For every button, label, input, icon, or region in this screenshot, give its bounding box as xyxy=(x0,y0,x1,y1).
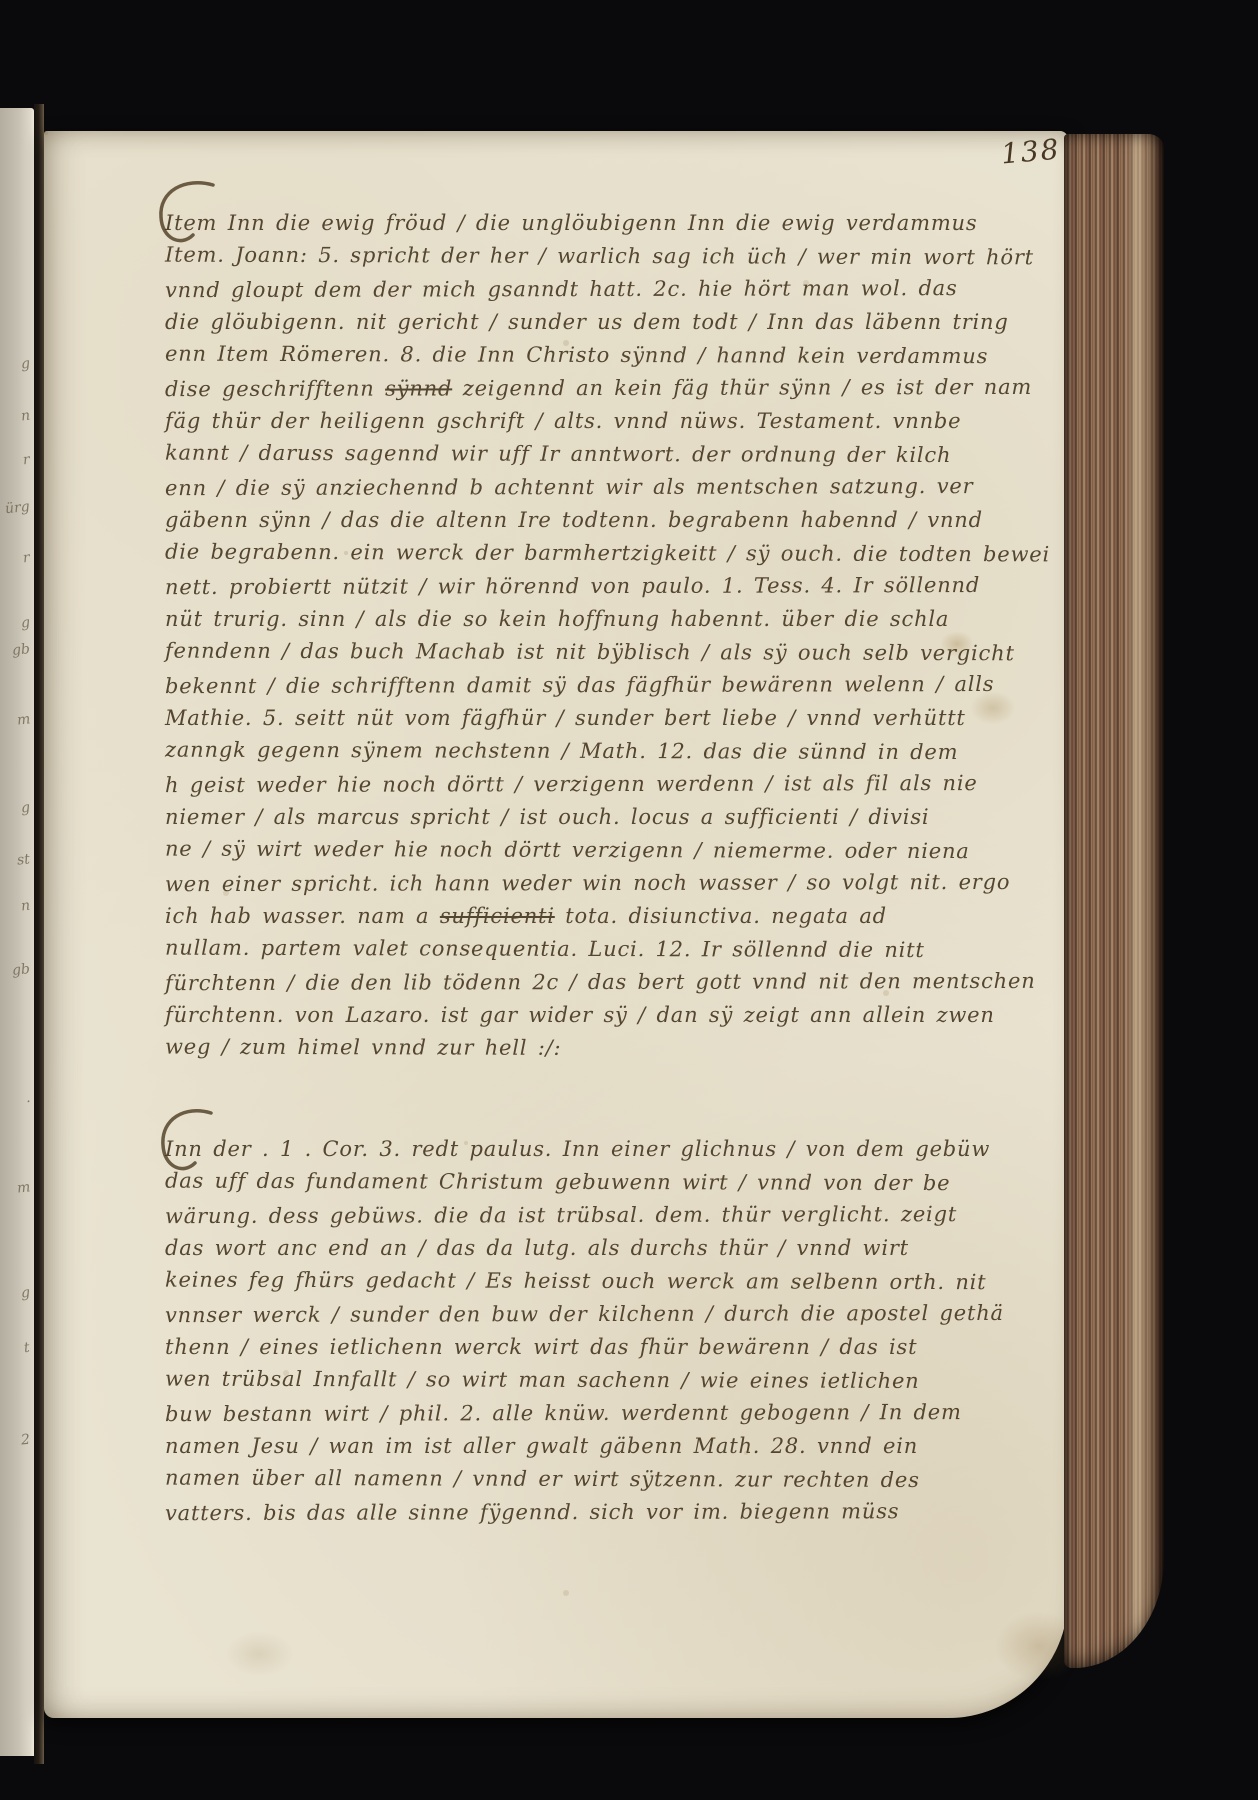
manuscript-line: enn Item Römeren. 8. die Inn Christo sÿn… xyxy=(165,338,1050,374)
facing-page-text-fragment: g xyxy=(20,800,31,817)
manuscript-line: bekennt / die schrifftenn damit sÿ das f… xyxy=(165,668,1050,703)
manuscript-line: fenndenn / das buch Machab ist nit bÿbli… xyxy=(165,635,1050,671)
facing-page-text-fragment: g xyxy=(20,615,31,632)
facing-page-text-fragment: gb xyxy=(11,961,31,979)
manuscript-line: ich hab wasser. nam a sufficienti tota. … xyxy=(165,900,1050,933)
manuscript-line: wen trübsal Innfallt / so wirt man sache… xyxy=(165,1363,1050,1399)
binding-gutter-shadow xyxy=(34,104,44,1764)
folio-number: 138 xyxy=(1000,132,1062,170)
manuscript-line: kannt / daruss sagennd wir uff Ir anntwo… xyxy=(165,437,1050,473)
fore-edge-page-stack xyxy=(1064,134,1164,1668)
manuscript-line: dise geschrifftenn sÿnnd zeigennd an kei… xyxy=(165,371,1050,406)
page-stain xyxy=(224,1631,294,1677)
manuscript-line: ne / sÿ wirt weder hie noch dörtt verzig… xyxy=(165,833,1050,869)
manuscript-line: zanngk gegenn sÿnem nechstenn / Math. 12… xyxy=(165,734,1050,770)
manuscript-line: vnnser werck / sunder den buw der kilche… xyxy=(165,1297,1050,1332)
manuscript-line: thenn / eines ietlichenn werck wirt das … xyxy=(165,1331,1050,1364)
facing-page-text-fragment: r xyxy=(22,452,30,469)
manuscript-line: namen über all namenn / vnnd er wirt sÿt… xyxy=(165,1462,1050,1498)
manuscript-line: vatters. bis das alle sinne fÿgennd. sic… xyxy=(165,1495,1050,1530)
facing-page-text-fragment: g xyxy=(20,1285,31,1302)
manuscript-line: nullam. partem valet consequentia. Luci.… xyxy=(165,932,1050,968)
manuscript-line: wen einer spricht. ich hann weder win no… xyxy=(165,866,1050,901)
manuscript-line: Inn der . 1 . Cor. 3. redt paulus. Inn e… xyxy=(165,1133,1050,1166)
manuscript-text-block: Item Inn die ewig fröud / die unglöubige… xyxy=(165,207,1050,1529)
facing-page-text-fragment: r xyxy=(22,550,30,567)
manuscript-line: das uff das fundament Christum gebuwenn … xyxy=(165,1165,1050,1201)
facing-page-text-fragment: n xyxy=(20,898,31,915)
manuscript-line: gäbenn sÿnn / das die altenn Ire todtenn… xyxy=(165,504,1050,537)
facing-page-text-fragment: . xyxy=(25,1090,31,1106)
manuscript-line: die begrabenn. ein werck der barmhertzig… xyxy=(165,536,1050,572)
facing-page-text-fragment: gb xyxy=(11,641,31,659)
manuscript-line: Item Inn die ewig fröud / die unglöubige… xyxy=(165,207,1050,240)
manuscript-line: die glöubigenn. nit gericht / sunder us … xyxy=(165,306,1050,339)
manuscript-line: enn / die sÿ anziechennd b achtennt wir … xyxy=(165,470,1050,505)
manuscript-line: das wort anc end an / das da lutg. als d… xyxy=(165,1232,1050,1265)
manuscript-line: fürchtenn / die den lib tödenn 2c / das … xyxy=(165,965,1050,1000)
manuscript-line: nüt trurig. sinn / als die so kein hoffn… xyxy=(165,603,1050,636)
manuscript-line: niemer / als marcus spricht / ist ouch. … xyxy=(165,801,1050,834)
photo-background: { "page": { "folio_number": "138", "ink_… xyxy=(0,0,1258,1800)
manuscript-line: nett. probiertt nützit / wir hörennd von… xyxy=(165,569,1050,604)
facing-page-text-fragment: ürg xyxy=(5,499,31,517)
facing-page-text-fragment: m xyxy=(16,1179,31,1196)
manuscript-line: vnnd gloupt dem der mich gsanndt hatt. 2… xyxy=(165,272,1050,307)
manuscript-paragraph: Inn der . 1 . Cor. 3. redt paulus. Inn e… xyxy=(165,1133,1050,1529)
manuscript-line: buw bestann wirt / phil. 2. alle knüw. w… xyxy=(165,1396,1050,1431)
manuscript-line: keines feg fhürs gedacht / Es heisst ouc… xyxy=(165,1264,1050,1300)
manuscript-line: weg / zum himel vnnd zur hell :/: xyxy=(165,1031,1050,1067)
manuscript-line: h geist weder hie noch dörtt / verzigenn… xyxy=(165,767,1050,802)
paper-foxing-speckles xyxy=(44,131,48,135)
manuscript-line: Item. Joann: 5. spricht der her / warlic… xyxy=(165,239,1050,275)
facing-page-text-fragment: n xyxy=(20,408,31,425)
manuscript-page: 138 Item Inn die ewig fröud / die unglöu… xyxy=(44,131,1068,1718)
manuscript-paragraph: Item Inn die ewig fröud / die unglöubige… xyxy=(165,207,1050,1065)
manuscript-line: wärung. dess gebüws. die da ist trübsal.… xyxy=(165,1198,1050,1233)
facing-page-edge: gnrürgrggbmgstngb.mgt2 xyxy=(0,108,34,1756)
manuscript-line: namen Jesu / wan im ist aller gwalt gäbe… xyxy=(165,1430,1050,1463)
facing-page-text-fragment: m xyxy=(16,711,31,728)
facing-page-text-fragment: st xyxy=(16,851,30,868)
facing-page-text-fragment: g xyxy=(20,356,31,373)
manuscript-line: fürchtenn. von Lazaro. ist gar wider sÿ … xyxy=(165,999,1050,1032)
facing-page-text-fragment: t xyxy=(24,1340,31,1357)
manuscript-line: fäg thür der heiligenn gschrift / alts. … xyxy=(165,405,1050,438)
manuscript-line: Mathie. 5. seitt nüt vom fägfhür / sunde… xyxy=(165,702,1050,735)
facing-page-text-fragment: 2 xyxy=(20,1432,31,1449)
